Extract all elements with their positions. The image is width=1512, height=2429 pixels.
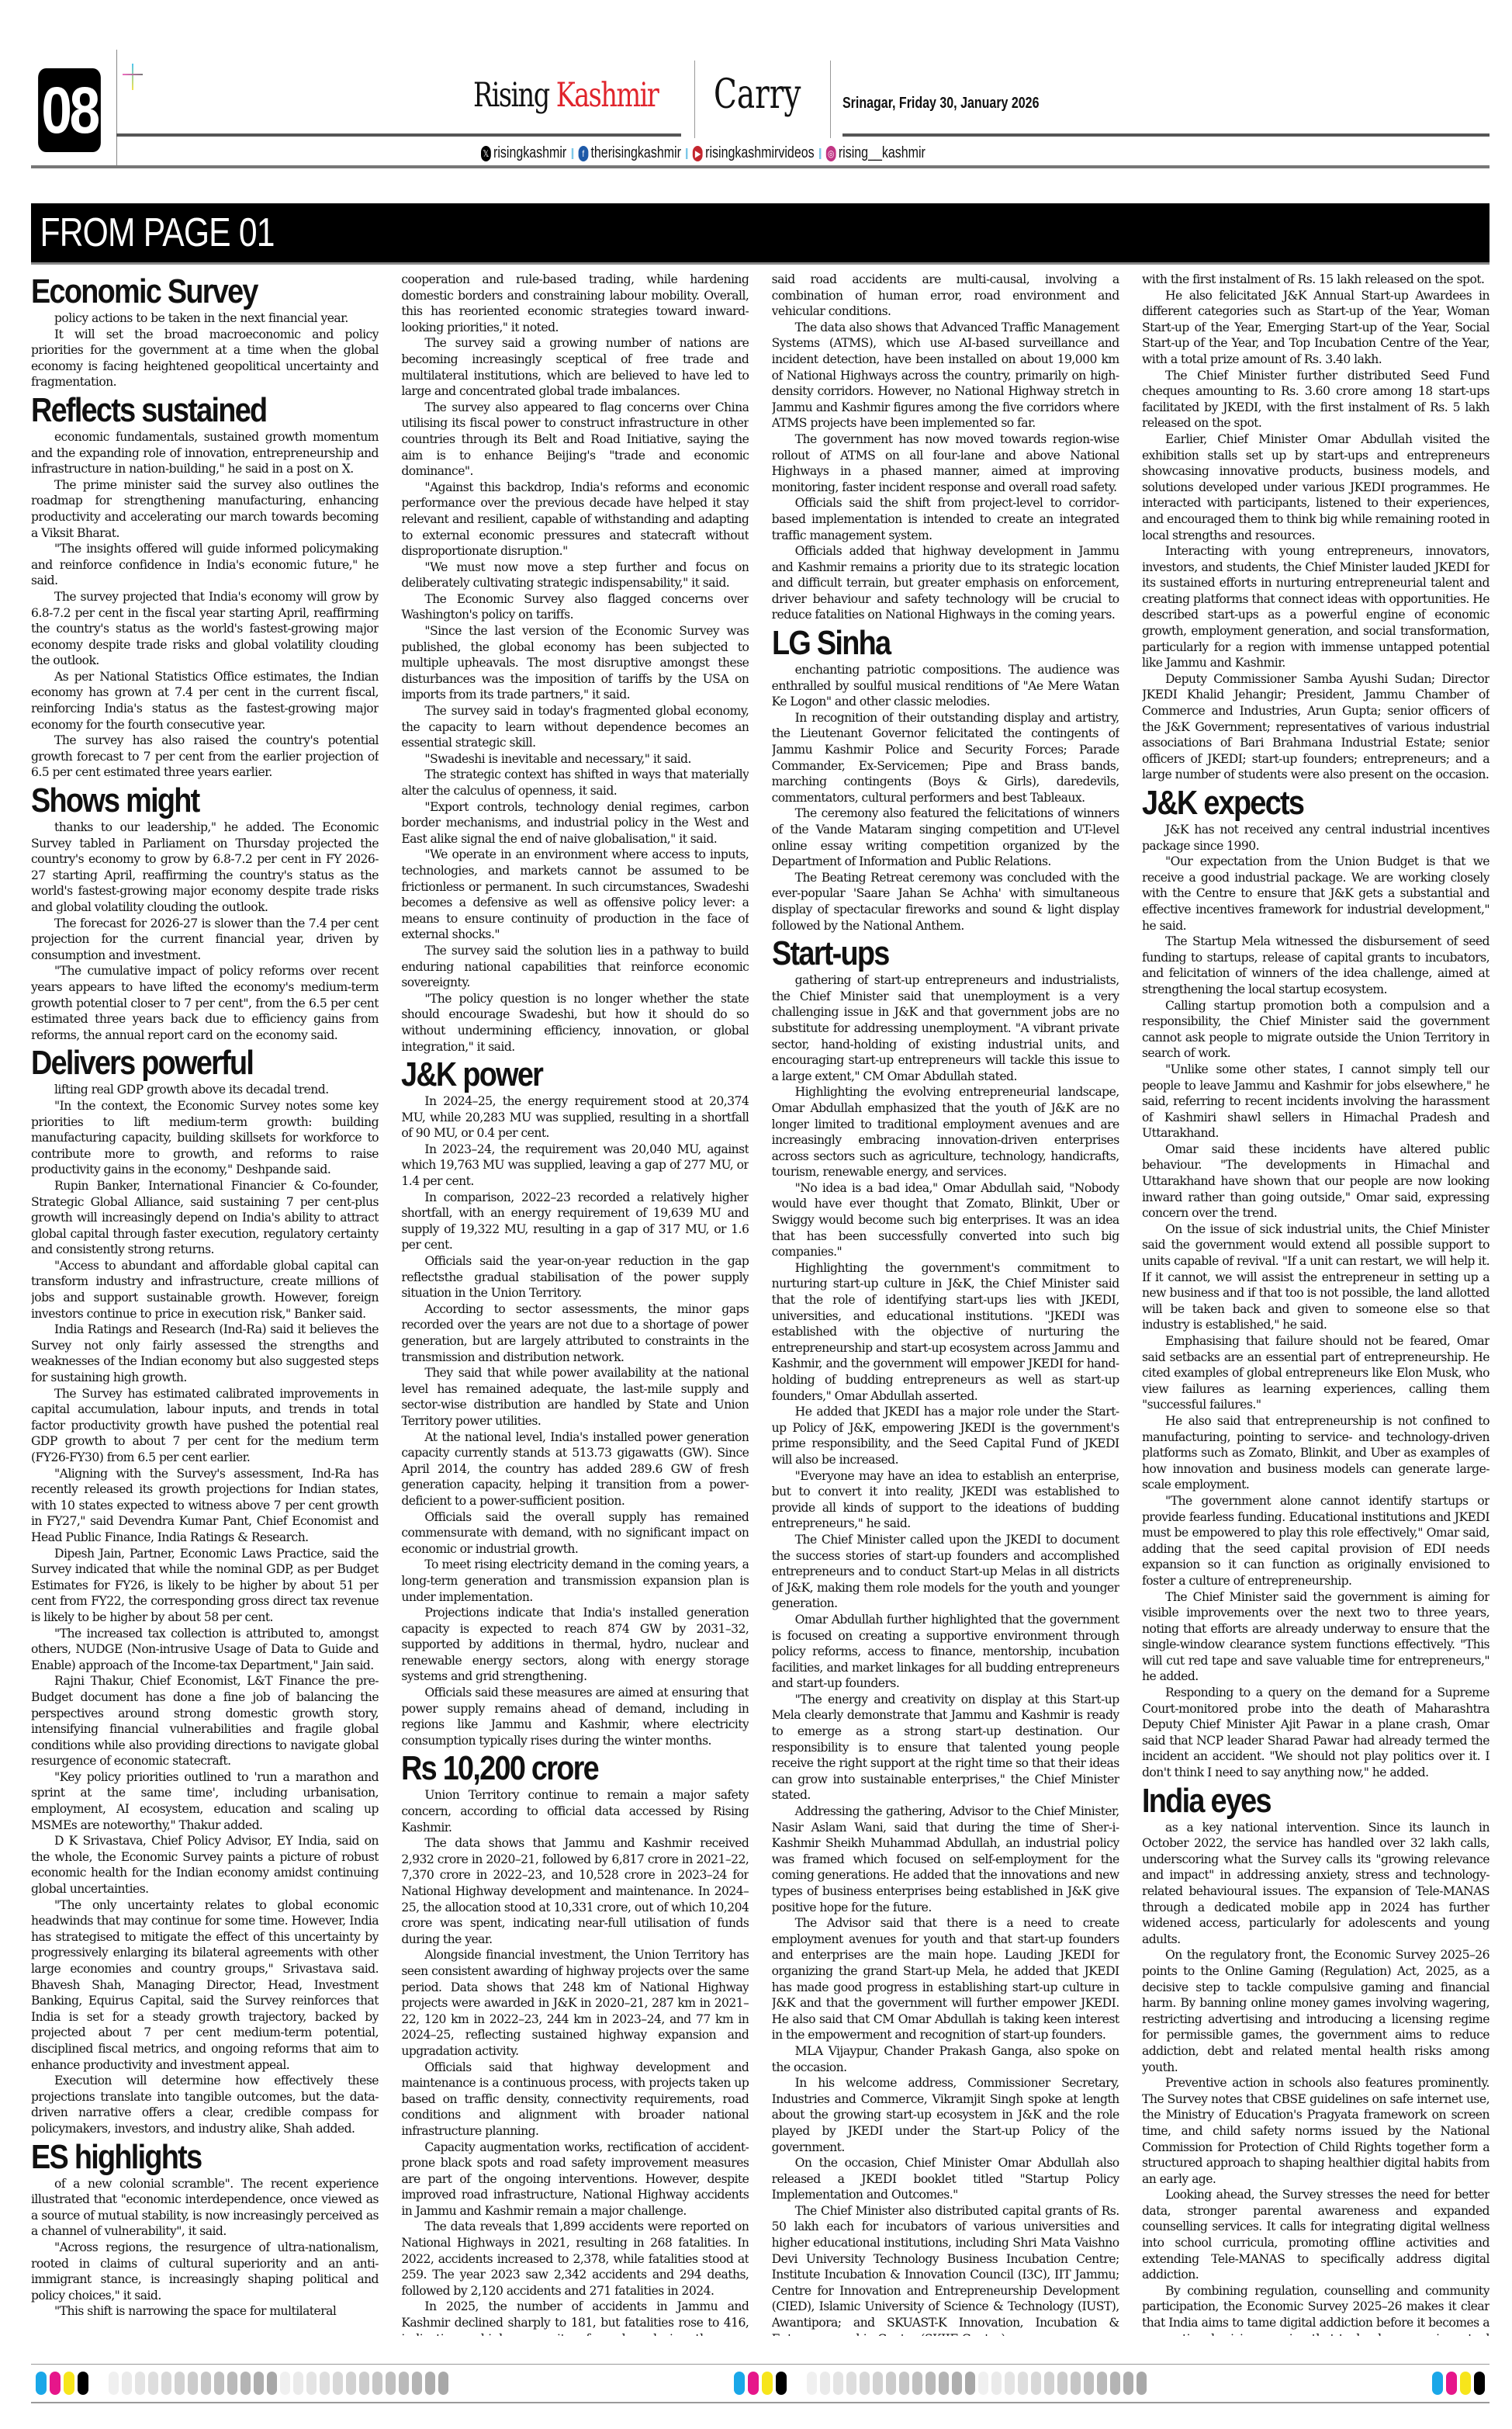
article-paragraph: They said that while power availability … <box>401 1365 749 1429</box>
print-color-bar <box>31 2364 1490 2403</box>
article-paragraph: "We must now move a step further and foc… <box>401 560 749 591</box>
grey-swatch <box>1057 2372 1067 2395</box>
article-paragraph: "The only uncertainty relates to global … <box>31 1897 379 2074</box>
social-handle[interactable]: therisingkashmir <box>590 144 680 162</box>
grey-swatch <box>991 2372 1002 2395</box>
color-swatch <box>78 2372 88 2395</box>
grey-swatch <box>1031 2372 1041 2395</box>
article-paragraph: Officials said the shift from project-le… <box>772 495 1119 543</box>
article-paragraph: At the national level, India's installed… <box>401 1429 749 1509</box>
process-color-swatches <box>729 2372 791 2395</box>
article-paragraph: economic fundamentals, sustained growth … <box>31 429 379 477</box>
article-paragraph: Addressing the gathering, Advisor to the… <box>772 1804 1119 1915</box>
article-paragraph: Interacting with young entrepreneurs, in… <box>1142 543 1490 671</box>
grey-swatch <box>846 2372 856 2395</box>
article-paragraph: The Beating Retreat ceremony was conclud… <box>772 870 1119 934</box>
article-paragraph: "Aligning with the Survey's assessment, … <box>31 1466 379 1546</box>
article-paragraph: Emphasising that failure should not be f… <box>1142 1333 1490 1413</box>
article-paragraph: Earlier, Chief Minister Omar Abdullah vi… <box>1142 431 1490 543</box>
article-paragraph: On the occasion, Chief Minister Omar Abd… <box>772 2155 1119 2203</box>
article-paragraph: thanks to our leadership," he added. The… <box>31 819 379 916</box>
article-paragraph: lifting real GDP growth above its decada… <box>31 1082 379 1098</box>
newspaper-logo: Rising Kashmir <box>473 76 658 115</box>
article-paragraph: "Across regions, the resurgence of ultra… <box>31 2240 379 2303</box>
social-item[interactable]: 𝕏risingkashmir <box>481 144 573 162</box>
logo-rising: Rising <box>473 76 549 115</box>
article-paragraph: India Ratings and Research (Ind-Ra) said… <box>31 1322 379 1385</box>
article-paragraph: The data also shows that Advanced Traffi… <box>772 320 1119 431</box>
grey-swatch <box>399 2372 409 2395</box>
article-paragraph: Highlighting the government's commitment… <box>772 1260 1119 1404</box>
article-paragraph: policy actions to be taken in the next f… <box>31 310 379 327</box>
article-headline: J&K power <box>401 1058 700 1092</box>
article-paragraph: Preventive action in schools also featur… <box>1142 2075 1490 2187</box>
grey-swatch <box>161 2372 171 2395</box>
color-swatch <box>776 2372 787 2395</box>
article-paragraph: The Chief Minister said the government i… <box>1142 1589 1490 1686</box>
article-paragraph: Officials added that highway development… <box>772 543 1119 623</box>
grey-swatch <box>188 2372 198 2395</box>
article-paragraph: The prime minister said the survey also … <box>31 477 379 541</box>
article-paragraph: He also said that entrepreneurship is no… <box>1142 1413 1490 1493</box>
article-headline: Rs 10,200 crore <box>401 1752 700 1786</box>
grey-swatch <box>965 2372 975 2395</box>
color-swatch <box>748 2372 759 2395</box>
article-paragraph: The ceremony also featured the felicitat… <box>772 806 1119 869</box>
social-handle[interactable]: rising__kashmir <box>839 144 926 162</box>
article-paragraph: It will set the broad macroeconomic and … <box>31 327 379 390</box>
grey-swatch <box>438 2372 448 2395</box>
article-paragraph: "Everyone may have an idea to establish … <box>772 1468 1119 1532</box>
grey-swatch <box>214 2372 224 2395</box>
section-label: Carry <box>714 71 801 118</box>
article-paragraph: "Since the last version of the Economic … <box>401 623 749 703</box>
article-paragraph: Looking ahead, the Survey stresses the n… <box>1142 2187 1490 2283</box>
article-paragraph: The Startup Mela witnessed the disbursem… <box>1142 934 1490 997</box>
article-paragraph: "Unlike some other states, I cannot simp… <box>1142 1062 1490 1142</box>
social-item[interactable]: ◎rising__kashmir <box>826 144 926 162</box>
article-paragraph: "The policy question is no longer whethe… <box>401 991 749 1055</box>
article-paragraph: The data shows that Jammu and Kashmir re… <box>401 1835 749 1947</box>
grey-swatch <box>386 2372 396 2395</box>
dateline: Srinagar, Friday 30, January 2026 <box>842 95 1039 113</box>
grey-swatch <box>899 2372 909 2395</box>
grey-swatch <box>1071 2372 1081 2395</box>
article-paragraph: The strategic context has shifted in way… <box>401 767 749 799</box>
article-paragraph: The survey said in today's fragmented gl… <box>401 703 749 751</box>
article-paragraph: To meet rising electricity demand in the… <box>401 1557 749 1605</box>
article-paragraph: "Against this backdrop, India's reforms … <box>401 480 749 560</box>
article-paragraph: The Chief Minister further distributed S… <box>1142 368 1490 431</box>
article-paragraph: Calling startup promotion both a compuls… <box>1142 998 1490 1062</box>
masthead-separator <box>830 61 831 138</box>
facebook-icon: f <box>578 146 588 161</box>
article-paragraph: The government has now moved towards reg… <box>772 431 1119 495</box>
article-paragraph: The survey projected that India's econom… <box>31 589 379 669</box>
article-paragraph: The data reveals that 1,899 accidents we… <box>401 2219 749 2299</box>
article-paragraph: Capacity augmentation works, rectificati… <box>401 2140 749 2219</box>
grey-swatch <box>1137 2372 1147 2395</box>
grey-swatch <box>175 2372 185 2395</box>
article-paragraph: The survey also appeared to flag concern… <box>401 400 749 480</box>
header-rule <box>31 165 1490 168</box>
article-paragraph: In 2023–24, the requirement was 20,040 M… <box>401 1142 749 1190</box>
column-4: with the first instalment of Rs. 15 lakh… <box>1142 272 1490 2336</box>
separator <box>572 148 573 159</box>
article-paragraph: "Export controls, technology denial regi… <box>401 799 749 847</box>
grey-swatch <box>912 2372 922 2395</box>
social-handle[interactable]: risingkashmir <box>493 144 566 162</box>
article-headline: Reflects sustained <box>31 393 330 428</box>
article-paragraph: "The cumulative impact of policy reforms… <box>31 963 379 1043</box>
article-paragraph: In 2025, the number of accidents in Jamm… <box>401 2299 749 2336</box>
article-paragraph: The Chief Minister called upon the JKEDI… <box>772 1532 1119 1612</box>
grey-swatch <box>873 2372 883 2395</box>
grey-swatch <box>860 2372 870 2395</box>
x-icon: 𝕏 <box>481 146 491 161</box>
grey-step-swatches <box>93 2372 729 2395</box>
grey-swatch <box>254 2372 264 2395</box>
color-swatch <box>1474 2372 1485 2395</box>
article-paragraph: The survey has also raised the country's… <box>31 733 379 781</box>
grey-swatch <box>135 2372 145 2395</box>
grey-swatch <box>240 2372 251 2395</box>
grey-swatch <box>1097 2372 1107 2395</box>
article-paragraph: J&K has not received any central industr… <box>1142 822 1490 854</box>
grey-swatch <box>359 2372 369 2395</box>
article-paragraph: The Survey has estimated calibrated impr… <box>31 1386 379 1466</box>
article-headline: India eyes <box>1142 1784 1441 1818</box>
article-paragraph: "No idea is a bad idea," Omar Abdullah s… <box>772 1180 1119 1260</box>
article-paragraph: Officials said the overall supply has re… <box>401 1509 749 1558</box>
article-headline: Start-ups <box>772 937 1071 971</box>
social-handles: 𝕏risingkashmirftherisingkashmir▶risingka… <box>481 144 926 162</box>
grey-swatch <box>201 2372 211 2395</box>
article-headline: J&K expects <box>1142 786 1441 820</box>
color-swatch <box>64 2372 74 2395</box>
article-paragraph: Highlighting the evolving entrepreneuria… <box>772 1084 1119 1180</box>
article-paragraph: as a key national intervention. Since it… <box>1142 1820 1490 1948</box>
grey-swatch <box>293 2372 303 2395</box>
youtube-icon: ▶ <box>693 146 703 161</box>
article-paragraph: As per National Statistics Office estima… <box>31 669 379 733</box>
article-paragraph: The Advisor said that there is a need to… <box>772 1915 1119 2043</box>
article-paragraph: The survey said the solution lies in a p… <box>401 943 749 991</box>
process-color-swatches <box>31 2372 93 2395</box>
article-paragraph: "Swadeshi is inevitable and necessary," … <box>401 751 749 768</box>
article-paragraph: MLA Vijaypur, Chander Prakash Ganga, als… <box>772 2043 1119 2075</box>
color-swatch <box>50 2372 61 2395</box>
article-paragraph: "In the context, the Economic Survey not… <box>31 1098 379 1178</box>
article-paragraph: cooperation and rule-based trading, whil… <box>401 272 749 335</box>
grey-swatch <box>320 2372 330 2395</box>
masthead-rule-left <box>116 133 681 137</box>
article-paragraph: Dipesh Jain, Partner, Economic Laws Prac… <box>31 1546 379 1626</box>
article-paragraph: "The increased tax collection is attribu… <box>31 1626 379 1674</box>
grey-swatch <box>346 2372 356 2395</box>
grey-swatch <box>425 2372 435 2395</box>
article-headline: Shows might <box>31 784 330 818</box>
masthead-separator <box>694 61 695 138</box>
section-banner: FROM PAGE 01 <box>31 203 1490 262</box>
column-2: cooperation and rule-based trading, whil… <box>401 272 749 2336</box>
article-headline: Delivers powerful <box>31 1046 330 1080</box>
social-item[interactable]: ftherisingkashmir <box>578 144 687 162</box>
article-paragraph: "The government alone cannot identify st… <box>1142 1493 1490 1589</box>
article-paragraph: Officials said that highway development … <box>401 2060 749 2140</box>
article-paragraph: Omar Abdullah further highlighted that t… <box>772 1612 1119 1692</box>
article-paragraph: On the issue of sick industrial units, t… <box>1142 1221 1490 1333</box>
article-paragraph: According to sector assessments, the min… <box>401 1301 749 1365</box>
article-columns: Economic Surveypolicy actions to be take… <box>31 272 1490 2336</box>
grey-swatch <box>1110 2372 1120 2395</box>
grey-swatch <box>1044 2372 1054 2395</box>
grey-swatch <box>926 2372 936 2395</box>
article-paragraph: with the first instalment of Rs. 15 lakh… <box>1142 272 1490 288</box>
article-headline: Economic Survey <box>31 275 330 309</box>
article-paragraph: The survey said a growing number of nati… <box>401 335 749 399</box>
column-3: said road accidents are multi-causal, in… <box>772 272 1119 2336</box>
article-headline: ES highlights <box>31 2140 330 2174</box>
article-paragraph: gathering of start-up entrepreneurs and … <box>772 972 1119 1084</box>
article-paragraph: In comparison, 2022–23 recorded a relati… <box>401 1190 749 1253</box>
grey-step-swatches <box>791 2372 1427 2395</box>
grey-swatch <box>939 2372 949 2395</box>
grey-swatch <box>820 2372 830 2395</box>
grey-swatch <box>978 2372 988 2395</box>
grey-swatch <box>372 2372 382 2395</box>
article-paragraph: D K Srivastava, Chief Policy Advisor, EY… <box>31 1833 379 1897</box>
article-paragraph: Alongside financial investment, the Unio… <box>401 1947 749 2059</box>
article-paragraph: "The energy and creativity on display at… <box>772 1692 1119 1804</box>
article-paragraph: Officials said these measures are aimed … <box>401 1685 749 1748</box>
social-handle[interactable]: risingkashmirvideos <box>705 144 814 162</box>
article-paragraph: said road accidents are multi-causal, in… <box>772 272 1119 320</box>
page-number-badge: 08 <box>38 68 101 152</box>
article-paragraph: enchanting patriotic compositions. The a… <box>772 662 1119 710</box>
article-paragraph: In his welcome address, Commissioner Sec… <box>772 2075 1119 2155</box>
grey-swatch <box>1084 2372 1094 2395</box>
color-swatch <box>734 2372 745 2395</box>
article-paragraph: Omar said these incidents have altered p… <box>1142 1142 1490 1221</box>
article-paragraph: Deputy Commissioner Samba Ayushi Sudan; … <box>1142 671 1490 783</box>
grey-swatch <box>807 2372 817 2395</box>
separator <box>686 148 687 159</box>
article-paragraph: Rupin Banker, International Financier & … <box>31 1178 379 1258</box>
grey-swatch <box>306 2372 317 2395</box>
banner-label: FROM PAGE 01 <box>31 203 1227 262</box>
column-1: Economic Surveypolicy actions to be take… <box>31 272 379 2336</box>
article-paragraph: Union Territory continue to remain a maj… <box>401 1787 749 1835</box>
article-headline: LG Sinha <box>772 626 1071 660</box>
grey-swatch <box>952 2372 962 2395</box>
article-paragraph: of a new colonial scramble". The recent … <box>31 2176 379 2240</box>
article-paragraph: In recognition of their outstanding disp… <box>772 710 1119 806</box>
grey-swatch <box>412 2372 422 2395</box>
logo-kashmir: Kashmir <box>556 76 659 115</box>
article-paragraph: The forecast for 2026-27 is slower than … <box>31 916 379 964</box>
masthead-rule-right <box>842 133 1490 137</box>
banner-underline <box>31 262 1490 265</box>
article-paragraph: The Economic Survey also flagged concern… <box>401 591 749 623</box>
article-paragraph: Execution will determine how effectively… <box>31 2073 379 2136</box>
masthead: Rising Kashmir Carry Srinagar, Friday 30… <box>116 47 1490 171</box>
grey-swatch <box>1123 2372 1133 2395</box>
article-paragraph: He added that JKEDI has a major role und… <box>772 1404 1119 1467</box>
instagram-icon: ◎ <box>826 146 836 161</box>
article-paragraph: "Access to abundant and affordable globa… <box>31 1258 379 1322</box>
article-paragraph: He also felicitated J&K Annual Start-up … <box>1142 288 1490 368</box>
grey-swatch <box>1005 2372 1015 2395</box>
separator <box>819 148 821 159</box>
article-paragraph: "This shift is narrowing the space for m… <box>31 2303 379 2320</box>
grey-swatch <box>333 2372 343 2395</box>
grey-swatch <box>833 2372 843 2395</box>
color-swatch <box>36 2372 47 2395</box>
color-swatch <box>1446 2372 1457 2395</box>
article-paragraph: In 2024–25, the energy requirement stood… <box>401 1093 749 1142</box>
grey-swatch <box>227 2372 237 2395</box>
grey-swatch <box>109 2372 119 2395</box>
article-paragraph: By combining regulation, counselling and… <box>1142 2283 1490 2336</box>
article-paragraph: On the regulatory front, the Economic Su… <box>1142 1947 1490 2075</box>
color-swatch <box>1432 2372 1443 2395</box>
article-paragraph: "Our expectation from the Union Budget i… <box>1142 854 1490 934</box>
article-paragraph: "Key policy priorities outlined to 'run … <box>31 1769 379 1833</box>
article-paragraph: Projections indicate that India's instal… <box>401 1605 749 1685</box>
grey-swatch <box>886 2372 896 2395</box>
social-item[interactable]: ▶risingkashmirvideos <box>693 144 821 162</box>
grey-swatch <box>122 2372 132 2395</box>
color-swatch <box>1460 2372 1471 2395</box>
grey-swatch <box>280 2372 290 2395</box>
article-paragraph: Rajni Thakur, Chief Economist, L&T Finan… <box>31 1673 379 1769</box>
article-paragraph: Officials said the year-on-year reductio… <box>401 1253 749 1301</box>
article-paragraph: Responding to a query on the demand for … <box>1142 1685 1490 1781</box>
article-paragraph: "We operate in an environment where acce… <box>401 847 749 943</box>
grey-swatch <box>267 2372 277 2395</box>
grey-swatch <box>1018 2372 1028 2395</box>
process-color-swatches <box>1427 2372 1490 2395</box>
color-swatch <box>762 2372 773 2395</box>
grey-swatch <box>148 2372 158 2395</box>
article-paragraph: The Chief Minister also distributed capi… <box>772 2203 1119 2336</box>
article-paragraph: "The insights offered will guide informe… <box>31 541 379 589</box>
